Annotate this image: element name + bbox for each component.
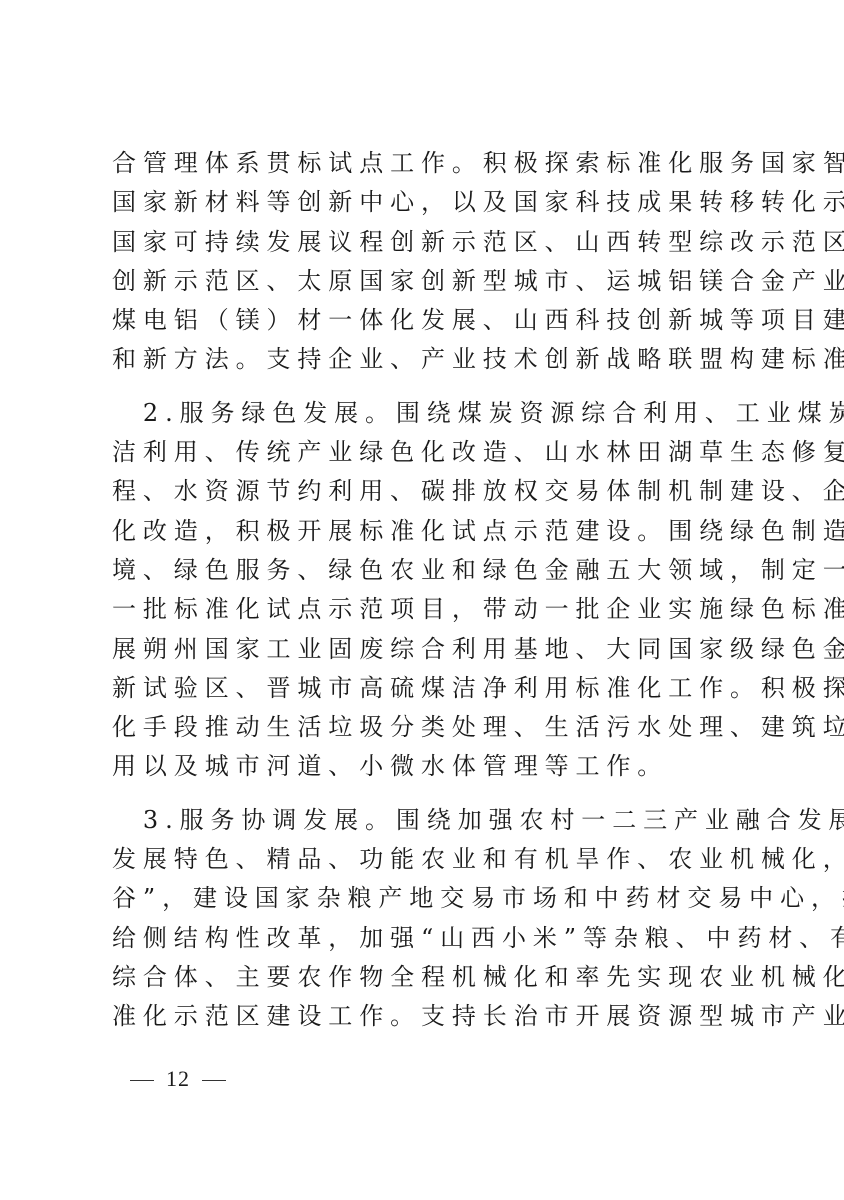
text-line: 展朔州国家工业固废综合利用基地、大同国家级绿色金融改革创 <box>112 630 732 669</box>
text-line: 发展特色、精品、功能农业和有机旱作、农业机械化，打造“山西农 <box>112 840 732 879</box>
text-line: 综合体、主要农作物全程机械化和率先实现农业机械化等农业标 <box>112 958 732 997</box>
page-number-value: 12 <box>166 1066 190 1091</box>
document-page: 合管理体系贯标试点工作。积极探索标准化服务国家智能制造、 国家新材料等创新中心，… <box>0 0 844 1200</box>
text-line: 国家可持续发展议程创新示范区、山西转型综改示范区国家自主 <box>112 223 732 262</box>
text-line: 准化示范区建设工作。支持长治市开展资源型城市产业转型升级 <box>112 997 732 1036</box>
paragraph-gap <box>112 380 732 394</box>
text-line: 用以及城市河道、小微水体管理等工作。 <box>112 747 732 786</box>
page-number: 12 <box>118 1066 238 1092</box>
dash-right <box>202 1080 226 1081</box>
paragraph-heading-line: 3.服务协调发展。围绕加强农村一二三产业融合发展，着眼 <box>112 801 732 840</box>
paragraph-gap <box>112 787 732 801</box>
text-line: 一批标准化试点示范项目，带动一批企业实施绿色标准。探索开 <box>112 590 732 629</box>
dash-left <box>130 1080 154 1081</box>
paragraph-heading-line: 2.服务绿色发展。围绕煤炭资源综合利用、工业煤炭高效清 <box>112 394 732 433</box>
text-line: 洁利用、传统产业绿色化改造、山水林田湖草生态修复和保护工 <box>112 433 732 472</box>
text-line: 化改造，积极开展标准化试点示范建设。围绕绿色制造、绿色环 <box>112 512 732 551</box>
text-line: 新试验区、晋城市高硫煤洁净利用标准化工作。积极探索以标准 <box>112 669 732 708</box>
text-line: 国家新材料等创新中心，以及国家科技成果转移转化示范区、太原 <box>112 183 732 222</box>
paragraph-green-development: 2.服务绿色发展。围绕煤炭资源综合利用、工业煤炭高效清 洁利用、传统产业绿色化改… <box>112 394 732 787</box>
text-line: 煤电铝（镁）材一体化发展、山西科技创新城等项目建设的新模式 <box>112 301 732 340</box>
text-line: 合管理体系贯标试点工作。积极探索标准化服务国家智能制造、 <box>112 144 732 183</box>
body-text: 合管理体系贯标试点工作。积极探索标准化服务国家智能制造、 国家新材料等创新中心，… <box>112 144 732 1037</box>
text-line: 和新方法。支持企业、产业技术创新战略联盟构建标准池。 <box>112 340 732 379</box>
text-line: 给侧结构性改革，加强“山西小米”等杂粮、中药材、有机旱作、田园 <box>112 919 732 958</box>
text-line: 谷”，建设国家杂粮产地交易市场和中药材交易中心，推进农业供 <box>112 879 732 918</box>
text-line: 创新示范区、太原国家创新型城市、运城铝镁合金产业基地、吕梁 <box>112 262 732 301</box>
paragraph-coordinated-development: 3.服务协调发展。围绕加强农村一二三产业融合发展，着眼 发展特色、精品、功能农业… <box>112 801 732 1037</box>
text-line: 境、绿色服务、绿色农业和绿色金融五大领域，制定一批标准，实施 <box>112 551 732 590</box>
text-line: 化手段推动生活垃圾分类处理、生活污水处理、建筑垃圾资源化利 <box>112 708 732 747</box>
paragraph-continuation: 合管理体系贯标试点工作。积极探索标准化服务国家智能制造、 国家新材料等创新中心，… <box>112 144 732 380</box>
text-line: 程、水资源节约利用、碳排放权交易体制机制建设、企业园区循环 <box>112 472 732 511</box>
